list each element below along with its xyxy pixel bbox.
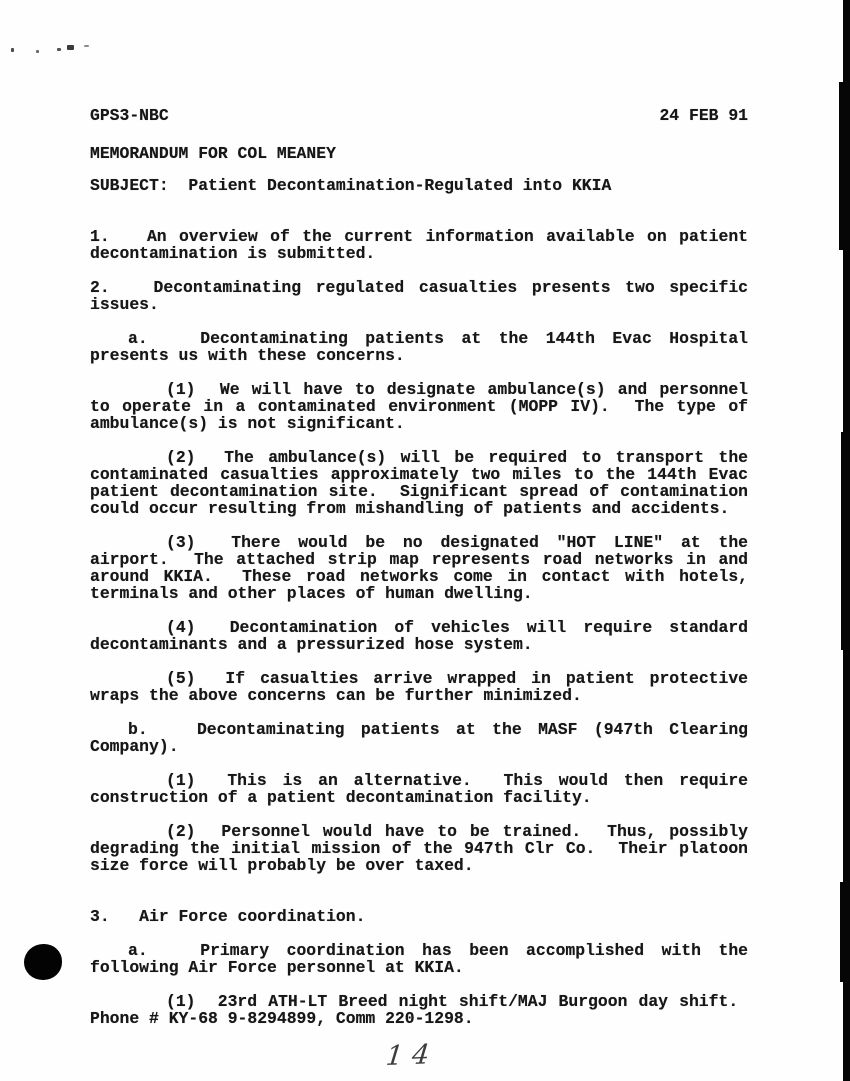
hole-punch-dot [24,944,62,980]
memo-paragraph: (1) We will have to designate ambulance(… [90,381,748,432]
memo-paragraph: a. Decontaminating patients at the 144th… [90,330,748,364]
memo-paragraph: (1) This is an alternative. This would t… [90,772,748,806]
scan-speck [36,50,39,53]
scanned-memo-page: GPS3-NBC 24 FEB 91 MEMORANDUM FOR COL ME… [0,0,850,1081]
scan-speck [84,45,89,47]
memo-header-row: GPS3-NBC 24 FEB 91 [90,107,748,124]
memorandum-for-line: MEMORANDUM FOR COL MEANEY [90,145,748,162]
scan-speck [11,48,14,52]
memo-paragraph: 3. Air Force coordination. [90,908,748,925]
scan-edge-bar [840,882,850,982]
memo-paragraph: b. Decontaminating patients at the MASF … [90,721,748,755]
memo-paragraph: (5) If casualties arrive wrapped in pati… [90,670,748,704]
scan-edge-bar [839,82,850,250]
handwritten-page-number: 14 [384,1039,440,1072]
scan-speck [57,48,61,51]
scan-speck [67,45,74,50]
subject-line: SUBJECT: Patient Decontamination-Regulat… [90,177,748,194]
memo-paragraph: (1) 23rd ATH-LT Breed night shift/MAJ Bu… [90,993,748,1027]
memo-paragraph: 1. An overview of the current informatio… [90,228,748,262]
memo-paragraph: 2. Decontaminating regulated casualties … [90,279,748,313]
memo-paragraph: (2) Personnel would have to be trained. … [90,823,748,874]
scan-edge-bar [841,432,850,650]
memo-paragraph: (4) Decontamination of vehicles will req… [90,619,748,653]
memo-paragraph: (3) There would be no designated "HOT LI… [90,534,748,602]
office-symbol: GPS3-NBC [90,107,169,124]
memo-content: GPS3-NBC 24 FEB 91 MEMORANDUM FOR COL ME… [90,107,748,1027]
memo-date: 24 FEB 91 [659,107,748,124]
memo-paragraph: a. Primary coordination has been accompl… [90,942,748,976]
memo-body: 1. An overview of the current informatio… [90,228,748,1027]
memo-paragraph: (2) The ambulance(s) will be required to… [90,449,748,517]
